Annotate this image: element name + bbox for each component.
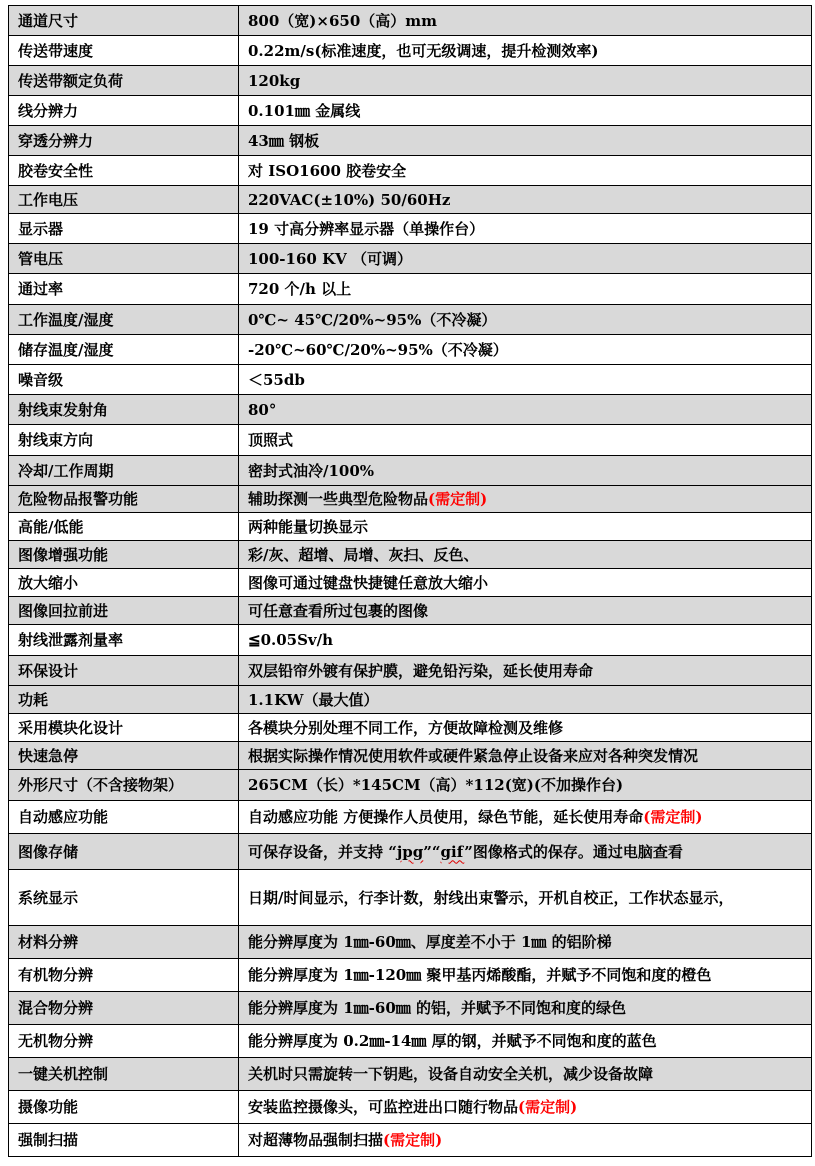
- spec-value-cell: 辅助探测一些典型危险物品(需定制): [239, 486, 812, 513]
- table-row: 射线泄露剂量率≦0.05Sv/h: [9, 625, 812, 656]
- spec-value-cell: 图像可通过键盘快捷键任意放大缩小: [239, 569, 812, 597]
- spec-label: 采用模块化设计: [18, 719, 123, 737]
- spec-value-cell: ≦0.05Sv/h: [239, 625, 812, 656]
- spec-value: 对 ISO1600 胶卷安全: [248, 162, 406, 180]
- spec-label-cell: 工作温度/湿度: [9, 305, 239, 335]
- custom-order-note: (需定制): [383, 1131, 442, 1149]
- spec-label: 混合物分辨: [18, 999, 93, 1017]
- spec-label-cell: 射线泄露剂量率: [9, 625, 239, 656]
- spec-value: 1.1KW（最大值）: [248, 691, 378, 709]
- spec-label: 一键关机控制: [18, 1065, 108, 1083]
- spec-value-text: ”图像格式的保存。通过电脑查看: [464, 843, 683, 861]
- spec-label-cell: 危险物品报警功能: [9, 486, 239, 513]
- spec-value-cell: 19 寸高分辨率显示器（单操作台）: [239, 214, 812, 244]
- spellcheck-flagged-word: jpg: [397, 843, 423, 861]
- spec-label-cell: 射线束方向: [9, 425, 239, 456]
- table-row: 线分辨力0.101㎜ 金属线: [9, 96, 812, 126]
- spec-label: 有机物分辨: [18, 966, 93, 984]
- table-row: 环保设计双层铅帘外镀有保护膜，避免铅污染，延长使用寿命: [9, 656, 812, 686]
- spec-label: 图像回拉前进: [18, 602, 108, 620]
- table-row: 快速急停根据实际操作情况使用软件或硬件紧急停止设备来应对各种突发情况: [9, 742, 812, 770]
- spec-label: 冷却/工作周期: [18, 462, 113, 480]
- spec-label-cell: 摄像功能: [9, 1091, 239, 1124]
- spec-label: 无机物分辨: [18, 1032, 93, 1050]
- spec-value: 两种能量切换显示: [248, 518, 368, 536]
- spec-label-cell: 噪音级: [9, 365, 239, 395]
- spellcheck-flagged-word: gif: [441, 843, 465, 861]
- spec-label-cell: 图像回拉前进: [9, 597, 239, 625]
- table-row: 强制扫描对超薄物品强制扫描(需定制): [9, 1124, 812, 1157]
- spec-label-cell: 混合物分辨: [9, 992, 239, 1025]
- table-row: 功耗1.1KW（最大值）: [9, 686, 812, 714]
- spec-label-cell: 系统显示: [9, 870, 239, 926]
- spec-value-cell: ＜55db: [239, 365, 812, 395]
- spec-value-cell: 0.101㎜ 金属线: [239, 96, 812, 126]
- spec-value: 220VAC(±10%) 50/60Hz: [248, 191, 450, 209]
- spec-label: 胶卷安全性: [18, 162, 93, 180]
- spec-table-body: 通道尺寸800（宽)×650（高）mm传送带速度0.22m/s(标准速度，也可无…: [9, 6, 812, 1157]
- spec-label: 通道尺寸: [18, 12, 78, 30]
- table-row: 传送带额定负荷120kg: [9, 66, 812, 96]
- spec-label: 射线泄露剂量率: [18, 631, 123, 649]
- spec-label-cell: 自动感应功能: [9, 801, 239, 834]
- spec-label-cell: 储存温度/湿度: [9, 335, 239, 365]
- spec-value-cell: 80°: [239, 395, 812, 425]
- spec-label-cell: 射线束发射角: [9, 395, 239, 425]
- custom-order-note: (需定制): [518, 1098, 577, 1116]
- spec-value-cell: 各模块分别处理不同工作，方便故障检测及维修: [239, 714, 812, 742]
- spec-value-cell: 可任意查看所过包裹的图像: [239, 597, 812, 625]
- spec-label: 射线束发射角: [18, 401, 108, 419]
- spec-label: 图像存储: [18, 843, 78, 861]
- spec-value-cell: 安装监控摄像头，可监控进出口随行物品(需定制): [239, 1091, 812, 1124]
- spec-label: 工作电压: [18, 191, 78, 209]
- spec-label-cell: 采用模块化设计: [9, 714, 239, 742]
- spec-value-cell: 根据实际操作情况使用软件或硬件紧急停止设备来应对各种突发情况: [239, 742, 812, 770]
- spec-value: 各模块分别处理不同工作，方便故障检测及维修: [248, 719, 563, 737]
- spec-value: 120kg: [248, 72, 300, 90]
- spec-value-cell: 1.1KW（最大值）: [239, 686, 812, 714]
- spec-value-cell: 关机时只需旋转一下钥匙，设备自动安全关机，减少设备故障: [239, 1058, 812, 1091]
- spec-value-cell: 可保存设备，并支持 “jpg”“gif”图像格式的保存。通过电脑查看: [239, 834, 812, 870]
- spec-value-cell: 对超薄物品强制扫描(需定制): [239, 1124, 812, 1157]
- table-row: 工作温度/湿度0℃~ 45℃/20%~95%（不冷凝）: [9, 305, 812, 335]
- table-row: 摄像功能安装监控摄像头，可监控进出口随行物品(需定制): [9, 1091, 812, 1124]
- spec-label-cell: 一键关机控制: [9, 1058, 239, 1091]
- spec-label-cell: 传送带额定负荷: [9, 66, 239, 96]
- spec-value-cell: 0℃~ 45℃/20%~95%（不冷凝）: [239, 305, 812, 335]
- spec-value-cell: 密封式油冷/100%: [239, 456, 812, 486]
- table-row: 无机物分辨能分辨厚度为 0.2㎜-14㎜ 厚的钢，并赋予不同饱和度的蓝色: [9, 1025, 812, 1058]
- spec-value: 双层铅帘外镀有保护膜，避免铅污染，延长使用寿命: [248, 662, 593, 680]
- spec-value: 能分辨厚度为 0.2㎜-14㎜ 厚的钢，并赋予不同饱和度的蓝色: [248, 1032, 657, 1050]
- table-row: 材料分辨能分辨厚度为 1㎜-60㎜、厚度差不小于 1㎜ 的铝阶梯: [9, 926, 812, 959]
- spec-label: 环保设计: [18, 662, 78, 680]
- spec-label-cell: 材料分辨: [9, 926, 239, 959]
- spec-value: 自动感应功能 方便操作人员使用，绿色节能，延长使用寿命: [248, 808, 643, 826]
- spec-value: 80°: [248, 401, 276, 419]
- spec-value: 43㎜ 钢板: [248, 132, 319, 150]
- spec-value-cell: 日期/时间显示，行李计数，射线出束警示，开机自校正，工作状态显示，: [239, 870, 812, 926]
- spec-label-cell: 图像存储: [9, 834, 239, 870]
- spec-label-cell: 线分辨力: [9, 96, 239, 126]
- spec-label: 材料分辨: [18, 933, 78, 951]
- spec-label-cell: 管电压: [9, 244, 239, 274]
- spec-label-cell: 工作电压: [9, 186, 239, 214]
- table-row: 射线束方向顶照式: [9, 425, 812, 456]
- spec-label-cell: 功耗: [9, 686, 239, 714]
- spec-value: 彩/灰、超增、局增、灰扫、反色、: [248, 546, 478, 564]
- table-row: 冷却/工作周期密封式油冷/100%: [9, 456, 812, 486]
- spec-label: 噪音级: [18, 371, 63, 389]
- spec-value-cell: 0.22m/s(标准速度，也可无级调速，提升检测效率): [239, 36, 812, 66]
- spec-label-cell: 通过率: [9, 274, 239, 305]
- spec-value: 能分辨厚度为 1㎜-60㎜、厚度差不小于 1㎜ 的铝阶梯: [248, 933, 612, 951]
- spec-value-cell: 720 个/h 以上: [239, 274, 812, 305]
- spec-value: 顶照式: [248, 431, 293, 449]
- spec-value: -20℃~60℃/20%~95%（不冷凝）: [248, 341, 508, 359]
- table-row: 系统显示日期/时间显示，行李计数，射线出束警示，开机自校正，工作状态显示，: [9, 870, 812, 926]
- table-row: 一键关机控制关机时只需旋转一下钥匙，设备自动安全关机，减少设备故障: [9, 1058, 812, 1091]
- spec-value: 密封式油冷/100%: [248, 462, 374, 480]
- spec-label-cell: 胶卷安全性: [9, 156, 239, 186]
- custom-order-note: (需定制): [643, 808, 702, 826]
- spec-value: 能分辨厚度为 1㎜-120㎜ 聚甲基丙烯酸酯，并赋予不同饱和度的橙色: [248, 966, 711, 984]
- spec-value-cell: 800（宽)×650（高）mm: [239, 6, 812, 36]
- spec-value-cell: 能分辨厚度为 1㎜-60㎜ 的铝，并赋予不同饱和度的绿色: [239, 992, 812, 1025]
- spec-label: 通过率: [18, 280, 63, 298]
- table-row: 图像回拉前进可任意查看所过包裹的图像: [9, 597, 812, 625]
- spec-value: 对超薄物品强制扫描: [248, 1131, 383, 1149]
- table-row: 工作电压220VAC(±10%) 50/60Hz: [9, 186, 812, 214]
- table-row: 高能/低能两种能量切换显示: [9, 513, 812, 541]
- spec-label: 摄像功能: [18, 1098, 78, 1116]
- spec-value: ≦0.05Sv/h: [248, 631, 333, 649]
- spec-value: 安装监控摄像头，可监控进出口随行物品: [248, 1098, 518, 1116]
- spec-label-cell: 通道尺寸: [9, 6, 239, 36]
- spec-label: 系统显示: [18, 889, 78, 907]
- spec-value: 0.22m/s(标准速度，也可无级调速，提升检测效率): [248, 42, 599, 60]
- spec-label-cell: 强制扫描: [9, 1124, 239, 1157]
- table-row: 通道尺寸800（宽)×650（高）mm: [9, 6, 812, 36]
- spec-value: 800（宽)×650（高）mm: [248, 12, 437, 30]
- spec-label: 传送带额定负荷: [18, 72, 123, 90]
- spec-value: 0℃~ 45℃/20%~95%（不冷凝）: [248, 311, 496, 329]
- spec-value-cell: -20℃~60℃/20%~95%（不冷凝）: [239, 335, 812, 365]
- spec-value: 日期/时间显示，行李计数，射线出束警示，开机自校正，工作状态显示，: [248, 889, 733, 907]
- table-row: 传送带速度0.22m/s(标准速度，也可无级调速，提升检测效率): [9, 36, 812, 66]
- spec-value: 辅助探测一些典型危险物品: [248, 490, 428, 508]
- spec-value-cell: 自动感应功能 方便操作人员使用，绿色节能，延长使用寿命(需定制): [239, 801, 812, 834]
- spec-label: 图像增强功能: [18, 546, 108, 564]
- spec-label-cell: 冷却/工作周期: [9, 456, 239, 486]
- spec-value-cell: 能分辨厚度为 0.2㎜-14㎜ 厚的钢，并赋予不同饱和度的蓝色: [239, 1025, 812, 1058]
- table-row: 放大缩小图像可通过键盘快捷键任意放大缩小: [9, 569, 812, 597]
- table-row: 射线束发射角80°: [9, 395, 812, 425]
- spec-label: 储存温度/湿度: [18, 341, 113, 359]
- table-row: 采用模块化设计各模块分别处理不同工作，方便故障检测及维修: [9, 714, 812, 742]
- spec-label: 显示器: [18, 220, 63, 238]
- spec-value-cell: 265CM（长）*145CM（高）*112(宽)(不加操作台): [239, 770, 812, 801]
- spec-label-cell: 有机物分辨: [9, 959, 239, 992]
- spec-label: 强制扫描: [18, 1131, 78, 1149]
- spec-label-cell: 图像增强功能: [9, 541, 239, 569]
- spec-value-cell: 能分辨厚度为 1㎜-120㎜ 聚甲基丙烯酸酯，并赋予不同饱和度的橙色: [239, 959, 812, 992]
- table-row: 显示器19 寸高分辨率显示器（单操作台）: [9, 214, 812, 244]
- spec-label: 功耗: [18, 691, 48, 709]
- spec-value: 关机时只需旋转一下钥匙，设备自动安全关机，减少设备故障: [248, 1065, 653, 1083]
- spec-label: 管电压: [18, 250, 63, 268]
- spec-value: 19 寸高分辨率显示器（单操作台）: [248, 220, 484, 238]
- spec-value: ＜55db: [248, 371, 305, 389]
- spec-label: 放大缩小: [18, 574, 78, 592]
- spec-label-cell: 快速急停: [9, 742, 239, 770]
- table-row: 胶卷安全性对 ISO1600 胶卷安全: [9, 156, 812, 186]
- table-row: 自动感应功能自动感应功能 方便操作人员使用，绿色节能，延长使用寿命(需定制): [9, 801, 812, 834]
- table-row: 危险物品报警功能辅助探测一些典型危险物品(需定制): [9, 486, 812, 513]
- spec-label-cell: 显示器: [9, 214, 239, 244]
- custom-order-note: (需定制): [428, 490, 487, 508]
- spec-label: 快速急停: [18, 747, 78, 765]
- spec-label-cell: 高能/低能: [9, 513, 239, 541]
- table-row: 图像存储可保存设备，并支持 “jpg”“gif”图像格式的保存。通过电脑查看: [9, 834, 812, 870]
- table-row: 管电压100-160 KV （可调）: [9, 244, 812, 274]
- spec-label: 工作温度/湿度: [18, 311, 113, 329]
- spec-label: 射线束方向: [18, 431, 93, 449]
- spec-value: 265CM（长）*145CM（高）*112(宽)(不加操作台): [248, 776, 623, 794]
- table-row: 混合物分辨能分辨厚度为 1㎜-60㎜ 的铝，并赋予不同饱和度的绿色: [9, 992, 812, 1025]
- spec-label-cell: 穿透分辨力: [9, 126, 239, 156]
- spec-label-cell: 放大缩小: [9, 569, 239, 597]
- spec-table: 通道尺寸800（宽)×650（高）mm传送带速度0.22m/s(标准速度，也可无…: [8, 5, 812, 1157]
- spec-value-cell: 彩/灰、超增、局增、灰扫、反色、: [239, 541, 812, 569]
- spec-label-cell: 传送带速度: [9, 36, 239, 66]
- spec-value-cell: 43㎜ 钢板: [239, 126, 812, 156]
- spec-value: 0.101㎜ 金属线: [248, 102, 360, 120]
- table-row: 穿透分辨力43㎜ 钢板: [9, 126, 812, 156]
- spec-label: 自动感应功能: [18, 808, 108, 826]
- table-row: 有机物分辨能分辨厚度为 1㎜-120㎜ 聚甲基丙烯酸酯，并赋予不同饱和度的橙色: [9, 959, 812, 992]
- spec-label: 线分辨力: [18, 102, 78, 120]
- spec-label: 穿透分辨力: [18, 132, 93, 150]
- spec-value-text: ”“: [423, 843, 440, 861]
- spec-value-cell: 220VAC(±10%) 50/60Hz: [239, 186, 812, 214]
- spec-value: 能分辨厚度为 1㎜-60㎜ 的铝，并赋予不同饱和度的绿色: [248, 999, 626, 1017]
- spec-label-cell: 外形尺寸（不含接物架）: [9, 770, 239, 801]
- table-row: 外形尺寸（不含接物架）265CM（长）*145CM（高）*112(宽)(不加操作…: [9, 770, 812, 801]
- spec-value: 720 个/h 以上: [248, 280, 351, 298]
- spec-value-cell: 100-160 KV （可调）: [239, 244, 812, 274]
- table-row: 通过率720 个/h 以上: [9, 274, 812, 305]
- spec-label-cell: 环保设计: [9, 656, 239, 686]
- spec-value: 图像可通过键盘快捷键任意放大缩小: [248, 574, 488, 592]
- spec-value-cell: 双层铅帘外镀有保护膜，避免铅污染，延长使用寿命: [239, 656, 812, 686]
- spec-value: 100-160 KV （可调）: [248, 250, 412, 268]
- spec-value: 可任意查看所过包裹的图像: [248, 602, 428, 620]
- spec-label: 外形尺寸（不含接物架）: [18, 776, 183, 794]
- spec-value-text: 可保存设备，并支持 “: [248, 843, 397, 861]
- spec-label: 危险物品报警功能: [18, 490, 138, 508]
- spec-label: 传送带速度: [18, 42, 93, 60]
- spec-label-cell: 无机物分辨: [9, 1025, 239, 1058]
- spec-value-cell: 两种能量切换显示: [239, 513, 812, 541]
- table-row: 图像增强功能彩/灰、超增、局增、灰扫、反色、: [9, 541, 812, 569]
- spec-value: 根据实际操作情况使用软件或硬件紧急停止设备来应对各种突发情况: [248, 747, 698, 765]
- spec-value-cell: 120kg: [239, 66, 812, 96]
- spec-value-cell: 能分辨厚度为 1㎜-60㎜、厚度差不小于 1㎜ 的铝阶梯: [239, 926, 812, 959]
- table-row: 储存温度/湿度-20℃~60℃/20%~95%（不冷凝）: [9, 335, 812, 365]
- spec-value-cell: 对 ISO1600 胶卷安全: [239, 156, 812, 186]
- table-row: 噪音级＜55db: [9, 365, 812, 395]
- spec-value-cell: 顶照式: [239, 425, 812, 456]
- spec-label: 高能/低能: [18, 518, 83, 536]
